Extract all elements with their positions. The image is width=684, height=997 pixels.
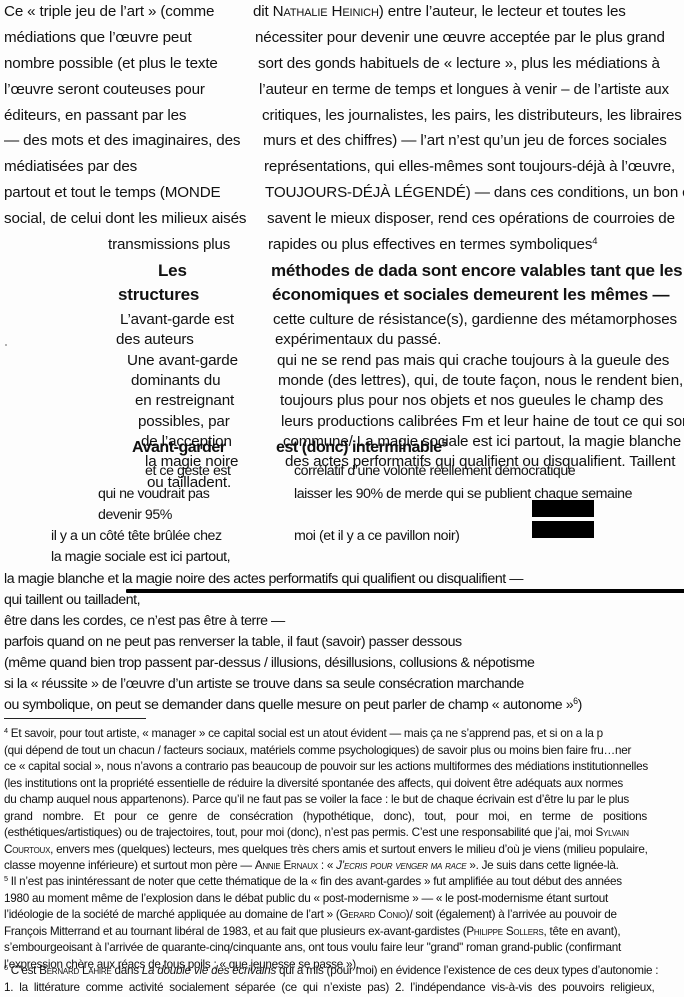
author-name: Gerard Conio — [340, 908, 406, 921]
poem-right-line: monde (des lettres), qui, de toute façon… — [278, 372, 683, 390]
poem-left-line: l’œuvre seront couteuses pour — [4, 81, 205, 99]
poem-left-line: transmissions plus — [108, 236, 230, 254]
poem-right-line: toujours plus pour nos objets et nos gue… — [280, 392, 663, 410]
poem-left-line: éditeurs, en passant par les — [4, 107, 186, 125]
poem-right-line: corrélatif d’une volonté réellement démo… — [294, 462, 575, 480]
poem-left-line: et ce geste est — [145, 462, 231, 480]
poem-right-line: dit Nathalie Heinich) entre l’auteur, le… — [253, 3, 626, 21]
poem-left-line: il y a un côté tête brûlée chez — [51, 527, 222, 545]
poem-right-line: savent le mieux disposer, rend ces opéra… — [267, 210, 675, 228]
section-heading-right: est (donc) interminable5 — [276, 439, 447, 457]
poem-right-line: expérimentaux du passé. — [275, 331, 441, 349]
section-heading-right: méthodes de dada sont encore valables ta… — [271, 262, 682, 280]
footnote-separator — [4, 718, 146, 719]
quote: J’ecris pour venger ma race — [336, 859, 466, 872]
section-heading-left: structures — [118, 286, 199, 304]
closing-line: la magie blanche et la magie noire des a… — [4, 570, 523, 588]
section-heading-left: Les — [158, 262, 187, 280]
book-title: La double vie des écrivains — [142, 964, 276, 977]
poem-right-line: nécessiter pour devenir une œuvre accept… — [255, 29, 665, 47]
poem-left-line: — des mots et des imaginaires, des — [4, 132, 240, 150]
section-heading-left: Avant-garder — [132, 439, 226, 457]
closing-line: être dans les cordes, ce n’est pas être … — [4, 612, 285, 630]
footnote-4: 4 Et savoir, pour tout artiste, « manage… — [4, 726, 680, 875]
poem-left-line: nombre possible (et plus le texte — [4, 55, 218, 73]
poem-right-line: critiques, les journalistes, les pairs, … — [262, 107, 682, 125]
redaction-bar — [532, 521, 594, 538]
poem-left-line: des auteurs — [116, 331, 194, 349]
poem-left-line: qui ne voudrait pas — [98, 485, 209, 503]
poem-left-line: la magie sociale est ici partout, — [51, 548, 230, 566]
poem-right-line: moi (et il y a ce pavillon noir) — [294, 527, 459, 545]
closing-line: ou symbolique, on peut se demander dans … — [4, 696, 582, 714]
author-name: Annie Ernaux — [255, 859, 318, 872]
closing-line: parfois quand on ne peut pas renverser l… — [4, 633, 462, 651]
poem-left-line: médiations que l’œuvre peut — [4, 29, 192, 47]
section-heading-right: économiques et sociales demeurent les mê… — [272, 286, 669, 304]
author-name: Courtoux — [4, 843, 50, 856]
poem-left-line: médiatisées par des — [4, 158, 137, 176]
footnote-6: 6 C’est Bernard Lahire dans La double vi… — [4, 963, 680, 996]
poem-right-line: rapides ou plus effectives en termes sym… — [268, 236, 597, 254]
closing-line: qui taillent ou tailladent, — [4, 591, 140, 609]
poem-right-line: TOUJOURS-DÉJÀ LÉGENDÉ) — dans ces condit… — [265, 184, 684, 202]
author-name: Philippe Sollers — [466, 925, 543, 938]
closing-line: si la « réussite » de l’œuvre d’un artis… — [4, 675, 524, 693]
closing-line: (même quand bien trop passent par-dessus… — [4, 654, 534, 672]
poem-left-line: partout et tout le temps (MONDE — [4, 184, 221, 202]
poem-left-line: en restreignant — [135, 392, 234, 410]
poem-left-line: possibles, par — [138, 413, 230, 431]
author-name: Nathalie Heinich — [273, 3, 379, 20]
scanned-page: Ce « triple jeu de l’art » (comme médiat… — [0, 0, 684, 997]
author-name: Sylvain — [596, 826, 629, 839]
footnote-5: 5 Il n’est pas inintéressant de noter qu… — [4, 874, 680, 973]
poem-right-line: sort des gonds habituels de « lecture »,… — [258, 55, 660, 73]
poem-left-line: social, de celui dont les milieux aisés — [4, 210, 246, 228]
horizontal-rule — [126, 589, 684, 593]
footnote-ref[interactable]: 4 — [592, 235, 597, 246]
poem-left-line: Ce « triple jeu de l’art » (comme — [4, 3, 214, 21]
poem-left-line: dominants du — [131, 372, 220, 390]
poem-right-line: leurs productions calibrées Fm et leur h… — [281, 413, 684, 431]
redaction-bar — [532, 500, 594, 517]
poem-left-line: devenir 95% — [98, 506, 172, 524]
poem-right-line: murs et des chiffres) — l’art n’est qu’u… — [263, 132, 667, 150]
author-name: Bernard Lahire — [39, 964, 111, 977]
poem-right-line: représentations, qui elles-mêmes sont to… — [264, 158, 675, 176]
scan-speck — [5, 344, 7, 346]
poem-left-line: Une avant-garde — [127, 352, 238, 370]
poem-left-line: L’avant-garde est — [120, 311, 234, 329]
poem-right-line: qui ne se rend pas mais qui crache toujo… — [277, 352, 669, 370]
poem-right-line: l’auteur en terme de temps et longues à … — [259, 81, 669, 99]
footnote-ref[interactable]: 5 — [442, 439, 447, 450]
poem-right-line: cette culture de résistance(s), gardienn… — [273, 311, 677, 329]
